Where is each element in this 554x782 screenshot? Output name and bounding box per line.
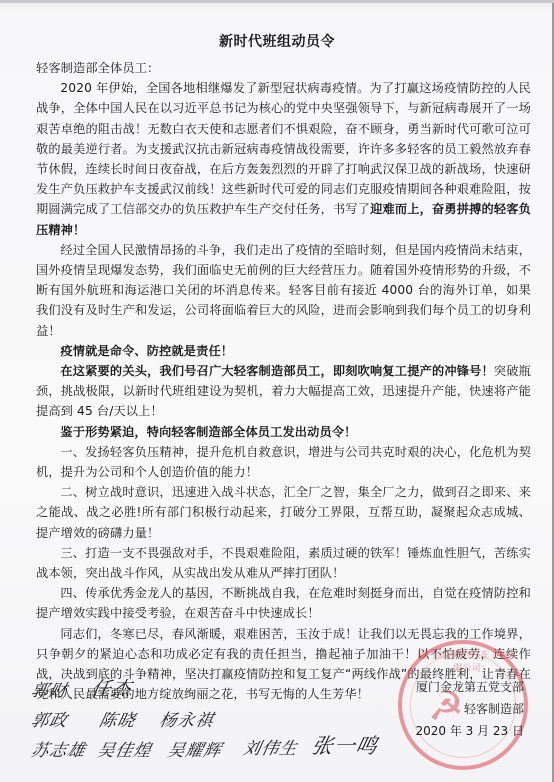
- issue-date: 2020 年 3 月 23 日: [415, 720, 524, 742]
- signature: 吴耀辉: [165, 736, 224, 761]
- paragraph-call-to-action: 在这紧要的关头，我们号召广大轻客制造部员工，即刻吹响复工提产的冲锋号！突破瓶颈，…: [36, 361, 531, 422]
- scan-edge: [0, 0, 554, 3]
- item-2: 二、树立战时意识，迅速进入战斗状态，汇全厂之智，集全厂之力，做到召之即来、来之能…: [36, 482, 531, 543]
- call-to-action-bold: 在这紧要的关头，我们号召广大轻客制造部员工，即刻吹响复工提产的冲锋号！: [60, 364, 494, 378]
- document-title: 新时代班组动员令: [0, 31, 554, 51]
- signature: 吴佳煌: [95, 736, 154, 761]
- signature: 郭财: [29, 676, 70, 701]
- signature: 任杰: [89, 674, 135, 701]
- signature: 杨永祺: [157, 706, 216, 731]
- document-body: 轻客制造部全体员工： 2020 年伊始，全国各地相继爆发了新型冠状病毒疫情。为了…: [36, 58, 531, 705]
- document-page: 新时代班组动员令 轻客制造部全体员工： 2020 年伊始，全国各地相继爆发了新型…: [0, 0, 554, 782]
- paragraph-2: 经过全国人民激情昂扬的斗争，我们走出了疫情的至暗时刻，但是国内疫情尚未结束，国外…: [36, 240, 531, 341]
- signature: 苏志雄: [29, 736, 88, 761]
- slogan-1: 疫情就是命令、防控就是责任！: [36, 341, 531, 361]
- issuer-department: 轻客制造部: [415, 698, 524, 720]
- item-1: 一、发扬轻客负压精神，提升危机自救意识，增进与公司共克时艰的决心，化危机为契机，…: [36, 442, 531, 482]
- issuer-party-branch: 厦门金龙第五党支部: [415, 676, 524, 698]
- item-3: 三、打造一支不畏强敌对手，不畏艰难险阻，素质过硬的铁军！锤炼血性胆气，苦练实战本…: [36, 543, 531, 583]
- signature: 张一鸣: [309, 730, 381, 760]
- paragraph-1: 2020 年伊始，全国各地相继爆发了新型冠状病毒疫情。为了打赢这场疫情防控的人民…: [36, 78, 531, 240]
- signature: 陈晓: [97, 706, 138, 731]
- paragraph-1-text: 2020 年伊始，全国各地相继爆发了新型冠状病毒疫情。为了打赢这场疫情防控的人民…: [36, 81, 531, 216]
- seal-ring-text: 厦门金龙联合汽车工业有限公司: [414, 648, 520, 674]
- slogan-2: 鉴于形势紧迫，特向轻客制造部全体员工发出动员令！: [36, 422, 531, 442]
- item-4: 四、传承优秀金龙人的基因，不断挑战自我，在危难时刻挺身而出，自觉在疫情防控和提产…: [36, 583, 531, 623]
- signature: 刘伟生: [241, 734, 300, 759]
- issuer-block: 厦门金龙第五党支部 轻客制造部 2020 年 3 月 23 日: [415, 676, 524, 742]
- handwritten-signatures: 郭财 任杰 郭政 陈晓 杨永祺 苏志雄 吴佳煌 吴耀辉 刘伟生 张一鸣: [30, 676, 390, 776]
- salutation: 轻客制造部全体员工：: [36, 58, 531, 78]
- signature: 郭政: [29, 706, 70, 731]
